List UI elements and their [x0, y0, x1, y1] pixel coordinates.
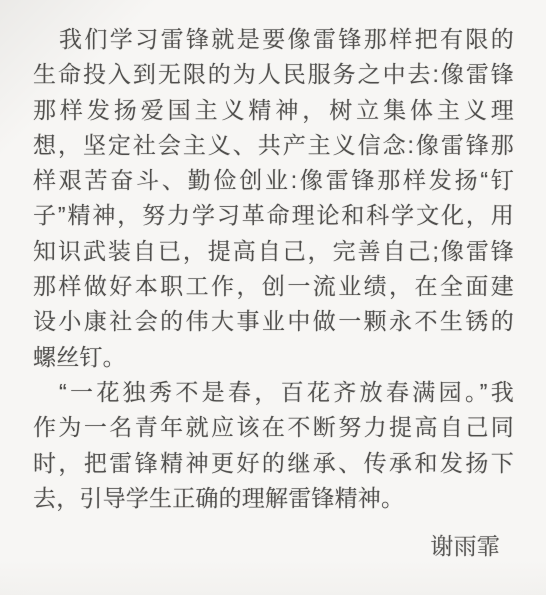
text-line: 知识武装自已，提高自己，完善自己;像雷锋 — [33, 234, 514, 269]
text-line: 样艰苦奋斗、勤俭创业:像雷锋那样发扬“钉 — [33, 163, 514, 198]
text-line: 子”精神，努力学习革命理论和科学文化，用 — [33, 198, 514, 233]
text-line: 生命投入到无限的为人民服务之中去:像雷锋 — [33, 57, 514, 92]
text-line: 那样做好本职工作，创一流业绩，在全面建 — [33, 269, 514, 304]
signature: 谢雨霏 — [33, 529, 514, 564]
text-line: 作为一名青年就应该在不断努力提高自己同 — [33, 410, 514, 445]
text-line: 设小康社会的伟大事业中做一颗永不生锈的 — [33, 304, 514, 339]
text-line: 我们学习雷锋就是要像雷锋那样把有限的 — [33, 22, 514, 57]
essay-text: 我们学习雷锋就是要像雷锋那样把有限的 生命投入到无限的为人民服务之中去:像雷锋 … — [33, 22, 514, 564]
text-line: 去，引导学生正确的理解雷锋精神。 — [33, 481, 514, 516]
text-line: 想，坚定社会主义、共产主义信念:像雷锋那 — [33, 128, 514, 163]
text-line: 螺丝钉。 — [33, 340, 514, 375]
photo-background: 我们学习雷锋就是要像雷锋那样把有限的 生命投入到无限的为人民服务之中去:像雷锋 … — [0, 0, 546, 595]
text-line: 那样发扬爱国主义精神，树立集体主义理 — [33, 93, 514, 128]
text-line: 时，把雷锋精神更好的继承、传承和发扬下 — [33, 446, 514, 481]
text-line: “一花独秀不是春，百花齐放春满园。”我 — [33, 375, 514, 410]
